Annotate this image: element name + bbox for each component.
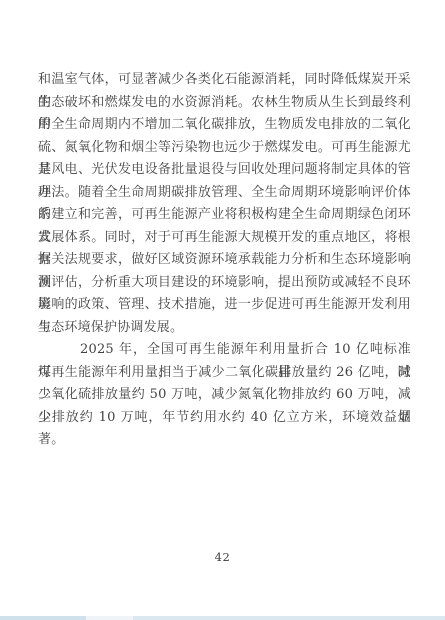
paragraph-line: 办法。随着全生命周期碳排放管理、全生命周期环境影响评价体系	[38, 182, 411, 205]
document-page: 和温室气体，可显著减少各类化石能源消耗，同时降低煤炭开采的 生态破坏和燃煤发电的…	[0, 0, 445, 620]
paragraph-line: 影响的政策、管理、技术措施，进一步促进可再生能源开发利用与	[38, 294, 411, 317]
bottom-edge-segment	[86, 616, 133, 620]
body-text-block: 和温室气体，可显著减少各类化石能源消耗，同时降低煤炭开采的 生态破坏和燃煤发电的…	[38, 69, 411, 429]
paragraph-line: 的建立和完善，可再生能源产业将积极构建全生命周期绿色闭环式	[38, 204, 411, 227]
paragraph-end-line: 尘排放约 10 万吨，年节约用水约 40 亿立方米，环境效益显著。	[38, 407, 411, 430]
page-number: 42	[215, 550, 231, 564]
paragraph-line: 的全生命周期内不增加二氧化碳排放，生物质发电排放的二氧化	[38, 114, 411, 137]
paragraph-line: 发展体系。同时，对于可再生能源大规模开发的重点地区，将根据	[38, 227, 411, 250]
bottom-edge-segment	[0, 616, 86, 620]
paragraph-first-line: 2025 年，全国可再生能源年利用量折合 10 亿吨标准煤，届时	[38, 339, 411, 362]
paragraph-line: 是风电、光伏发电设备批量退役与回收处理问题将制定具体的管理	[38, 159, 411, 182]
page-bottom-edge	[0, 616, 445, 620]
paragraph-line: 硫、氮氧化物和烟尘等污染物也远少于燃煤发电。可再生能源尤其	[38, 137, 411, 160]
paragraph-line: 和温室气体，可显著减少各类化石能源消耗，同时降低煤炭开采的	[38, 69, 411, 92]
bottom-edge-segment	[133, 616, 445, 620]
paragraph-line: 二氧化硫排放量约 50 万吨，减少氮氧化物排放约 60 万吨，减少烟	[38, 384, 411, 407]
paragraph-end-line: 生态环境保护协调发展。	[38, 317, 411, 340]
paragraph-line: 测评估，分析重大项目建设的环境影响，提出预防或减轻不良环境	[38, 272, 411, 295]
paragraph-line: 可再生能源年利用量相当于减少二氧化碳排放量约 26 亿吨，减少	[38, 362, 411, 385]
page-footer: 42	[0, 550, 445, 564]
paragraph-line: 生态破坏和燃煤发电的水资源消耗。农林生物质从生长到最终利用	[38, 92, 411, 115]
paragraph-line: 有关法规要求，做好区域资源环境承载能力分析和生态环境影响预	[38, 249, 411, 272]
